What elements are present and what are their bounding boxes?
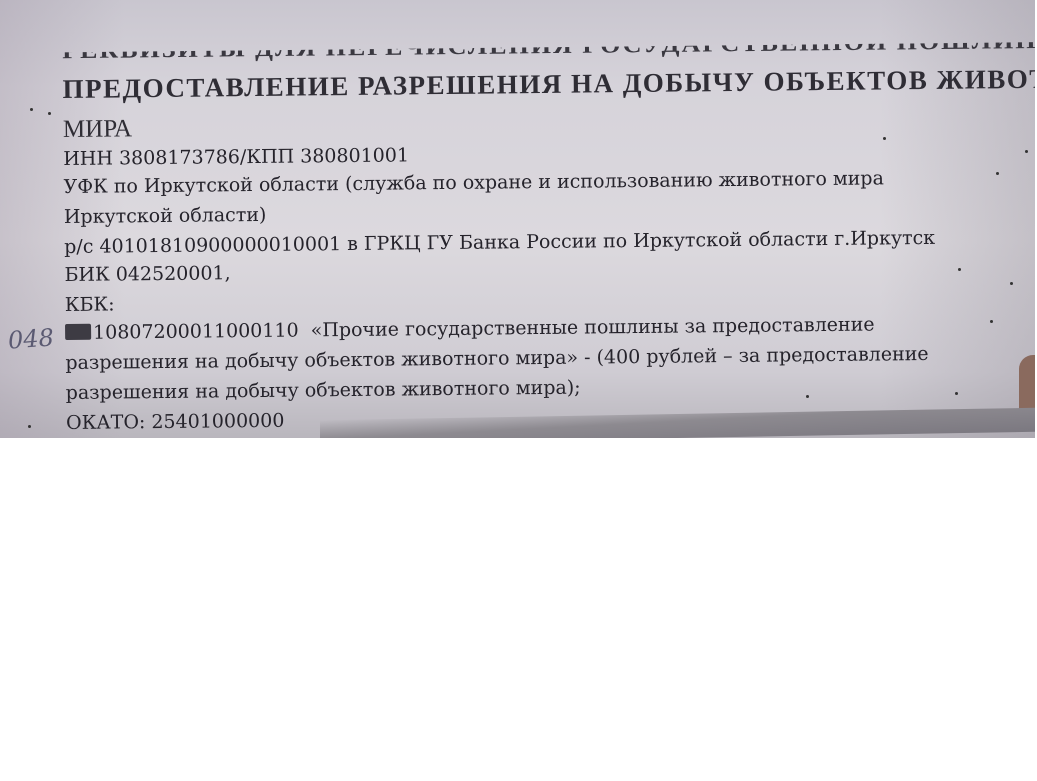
kbk-label: КБК:: [65, 293, 115, 316]
speck: [990, 320, 993, 323]
speck: [28, 425, 31, 428]
bik: БИК 042520001,: [64, 262, 230, 286]
kbk-code-line: 10807200011000110 «Прочие государственны…: [65, 314, 875, 344]
inn-kpp: ИНН 3808173786/КПП 380801001: [63, 144, 409, 170]
document-title-continued: МИРА: [63, 115, 132, 144]
recipient-line-1: УФК по Иркутской области (служба по охра…: [63, 167, 883, 198]
okato: ОКАТО: 25401000000: [66, 410, 285, 434]
speck: [996, 172, 999, 175]
handwritten-note: 048: [7, 323, 55, 354]
document-title: ПРЕДОСТАВЛЕНИЕ РАЗРЕШЕНИЯ НА ДОБЫЧУ ОБЪЕ…: [62, 63, 1035, 105]
document-photo: РЕКВИЗИТЫ ДЛЯ ПЕРЕЧИСЛЕНИЯ ГОСУДАРСТВЕНН…: [0, 0, 1035, 438]
speck: [955, 392, 958, 395]
speck: [958, 268, 961, 271]
speck: [806, 395, 809, 398]
redacted-mark: [65, 324, 91, 340]
speck: [1010, 282, 1013, 285]
header-cut-text: РЕКВИЗИТЫ ДЛЯ ПЕРЕЧИСЛЕНИЯ ГОСУДАРСТВЕНН…: [62, 27, 1035, 65]
speck: [883, 137, 886, 140]
kbk-code: 10807200011000110: [93, 320, 299, 344]
recipient-line-2: Иркутской области): [64, 204, 267, 228]
bank-account: р/с 40101810900000010001 в ГРКЦ ГУ Банка…: [64, 227, 935, 258]
speck: [1025, 150, 1028, 153]
kbk-description-line-2: разрешения на добычу объектов животного …: [65, 343, 928, 374]
photo-shadow: [320, 408, 1035, 438]
speck: [48, 112, 51, 115]
payment-details-document: РЕКВИЗИТЫ ДЛЯ ПЕРЕЧИСЛЕНИЯ ГОСУДАРСТВЕНН…: [62, 26, 1035, 36]
kbk-description: «Прочие государственные пошлины за предо…: [311, 314, 875, 342]
speck: [30, 108, 33, 111]
kbk-description-line-3: разрешения на добычу объектов животного …: [66, 377, 581, 404]
